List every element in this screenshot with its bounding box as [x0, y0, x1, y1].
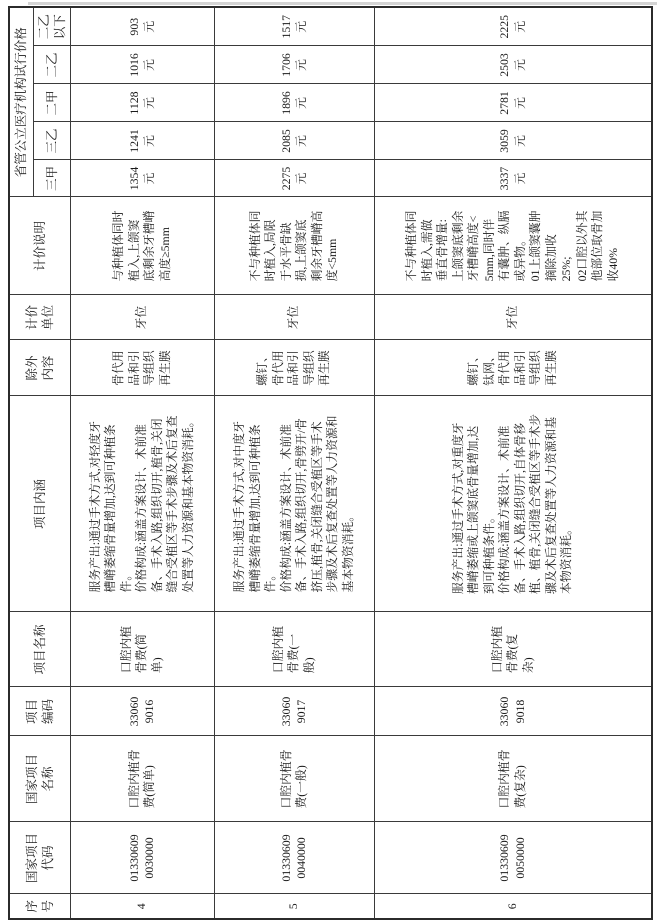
pricing-unit-value: 牙位	[134, 306, 150, 330]
cell-price-3a: 3337 元	[374, 160, 652, 197]
cell-national-code: 01330609 0040000	[214, 822, 374, 894]
pricing-unit-value: 牙位	[286, 306, 302, 330]
national-name-value: 口腔内植骨 费(简单)	[127, 750, 158, 809]
cell-price-3a: 2275 元	[214, 160, 374, 197]
cell-seq: 5	[214, 894, 374, 919]
price-value: 1706 元	[279, 53, 310, 77]
item-name-value: 口腔内植 骨费(简 单)	[119, 626, 166, 673]
exclusions-value: 螺钉、 骨代用 品和引 导组织 再生膜	[255, 350, 333, 385]
seq-value: 6	[505, 903, 521, 909]
table-row: 5 01330609 0040000 口腔内植骨 费(一般) 33060 901…	[214, 7, 374, 919]
cell-price-2a: 1896 元	[214, 84, 374, 122]
header-tier-below-2b: 二乙 以下	[33, 7, 70, 46]
cell-price-below-2b: 2225 元	[374, 7, 652, 46]
header-national-name: 国家项目 名称	[9, 736, 70, 822]
header-tier-3b: 三乙	[33, 122, 70, 160]
price-value: 3337 元	[497, 167, 528, 191]
price-value: 1128 元	[127, 91, 158, 114]
cell-item-code: 33060 9017	[214, 687, 374, 736]
cell-seq: 6	[374, 894, 652, 919]
header-tier-3a: 三甲	[33, 160, 70, 197]
cell-item-code: 33060 9016	[70, 687, 214, 736]
header-pricing-unit: 计价 单位	[9, 295, 70, 340]
cell-pricing-unit: 牙位	[70, 295, 214, 340]
price-table: 序 号 国家项目 代码 国家项目 名称 项目 编码 项目名称 项目内涵 除外 内…	[8, 6, 653, 920]
table-row: 4 01330609 0030000 口腔内植骨 费(简单) 33060 901…	[70, 7, 214, 919]
cell-item-name: 口腔内植 骨费(复 杂)	[374, 612, 652, 687]
cell-price-2b: 2503 元	[374, 46, 652, 84]
national-code-value: 01330609 0050000	[497, 834, 528, 881]
cell-national-code: 01330609 0030000	[70, 822, 214, 894]
cell-item-content: 服务产出:通过手术方式,对中度牙 槽嵴萎缩骨量增加,达到可种植条 件。 价格构成…	[214, 396, 374, 612]
cell-national-name: 口腔内植骨 费(一般)	[214, 736, 374, 822]
cell-exclusions: 螺钉、 钛网、 骨代用 品和引 导组织 再生膜	[374, 340, 652, 396]
cell-exclusions: 骨代用 品和引 导组织 再生膜	[70, 340, 214, 396]
national-code-value: 01330609 0040000	[279, 834, 310, 881]
pricing-note-value: 不与种植体同 时植入,局限 于水平骨缺 损,上颌窦底 剩余牙槽嵴高 度<5mm	[248, 211, 341, 282]
cell-price-2b: 1706 元	[214, 46, 374, 84]
national-name-value: 口腔内植骨 费(一般)	[279, 750, 310, 809]
cell-pricing-note: 不与种植体同 时植入,局限 于水平骨缺 损,上颌窦底 剩余牙槽嵴高 度<5mm	[214, 197, 374, 295]
price-value: 1241 元	[127, 129, 158, 153]
price-value: 1896 元	[279, 91, 310, 115]
item-code-value: 33060 9018	[497, 697, 528, 727]
cell-price-3b: 1241 元	[70, 122, 214, 160]
price-value: 1016 元	[127, 53, 158, 77]
cell-price-3b: 2085 元	[214, 122, 374, 160]
cell-pricing-unit: 牙位	[374, 295, 652, 340]
pricing-unit-value: 牙位	[505, 306, 521, 330]
cell-price-2a: 2781 元	[374, 84, 652, 122]
cell-price-3a: 1354 元	[70, 160, 214, 197]
header-item-code: 项目 编码	[9, 687, 70, 736]
header-item-name: 项目名称	[9, 612, 70, 687]
rotated-table-container: 序 号 国家项目 代码 国家项目 名称 项目 编码 项目名称 项目内涵 除外 内…	[0, 0, 657, 924]
item-content-value: 服务产出:通过手术方式,对中度牙 槽嵴萎缩骨量增加,达到可种植条 件。 价格构成…	[232, 416, 356, 593]
cell-national-name: 口腔内植骨 费(简单)	[70, 736, 214, 822]
cell-item-name: 口腔内植 骨费(一 般)	[214, 612, 374, 687]
cell-price-3b: 3059 元	[374, 122, 652, 160]
price-value: 3059 元	[497, 129, 528, 153]
price-value: 903 元	[127, 18, 158, 36]
cell-price-below-2b: 1517 元	[214, 7, 374, 46]
exclusions-value: 螺钉、 钛网、 骨代用 品和引 导组织 再生膜	[466, 350, 559, 385]
pricing-note-value: 不与种植体同 时植入,需做 垂直骨增量: 上颌窦底剩余 牙槽嵴高度< 5mm,同…	[404, 211, 621, 282]
item-code-value: 33060 9016	[127, 697, 158, 727]
cell-national-code: 01330609 0050000	[374, 822, 652, 894]
cell-pricing-note: 不与种植体同 时植入,需做 垂直骨增量: 上颌窦底剩余 牙槽嵴高度< 5mm,同…	[374, 197, 652, 295]
pricing-note-value: 与种植体同时 植入,上颌窦 底剩余牙槽嵴 高度≥5mm	[111, 211, 173, 282]
seq-value: 5	[286, 903, 302, 909]
header-price-group: 省管公立医疗机构试行价格	[9, 7, 33, 197]
header-pricing-note: 计价说明	[9, 197, 70, 295]
header-tier-2a: 二甲	[33, 84, 70, 122]
header-seq: 序 号	[9, 894, 70, 919]
price-value: 2085 元	[279, 129, 310, 153]
item-content-value: 服务产出:通过手术方式,对轻度牙 槽嵴萎缩骨量增加,达到可种植条 件。 价格构成…	[88, 416, 197, 593]
cell-pricing-unit: 牙位	[214, 295, 374, 340]
item-name-value: 口腔内植 骨费(一 般)	[271, 626, 318, 673]
seq-value: 4	[134, 903, 150, 909]
item-code-value: 33060 9017	[279, 697, 310, 727]
price-value: 2503 元	[497, 53, 528, 77]
national-code-value: 01330609 0030000	[127, 834, 158, 881]
price-value: 1354 元	[127, 167, 158, 191]
item-content-value: 服务产出:通过手术方式,对重度牙 槽嵴萎缩或上颌窦底骨量增加,达 到可种植条件。…	[451, 414, 575, 594]
document-page: 序 号 国家项目 代码 国家项目 名称 项目 编码 项目名称 项目内涵 除外 内…	[0, 0, 657, 924]
cell-pricing-note: 与种植体同时 植入,上颌窦 底剩余牙槽嵴 高度≥5mm	[70, 197, 214, 295]
price-value: 2275 元	[279, 167, 310, 191]
cell-seq: 4	[70, 894, 214, 919]
cell-item-content: 服务产出:通过手术方式,对轻度牙 槽嵴萎缩骨量增加,达到可种植条 件。 价格构成…	[70, 396, 214, 612]
exclusions-value: 骨代用 品和引 导组织 再生膜	[111, 350, 173, 385]
header-row-top: 序 号 国家项目 代码 国家项目 名称 项目 编码 项目名称 项目内涵 除外 内…	[9, 7, 33, 919]
header-item-content: 项目内涵	[9, 396, 70, 612]
price-value: 2225 元	[497, 15, 528, 39]
item-name-value: 口腔内植 骨费(复 杂)	[490, 626, 537, 673]
cell-item-name: 口腔内植 骨费(简 单)	[70, 612, 214, 687]
cell-item-code: 33060 9018	[374, 687, 652, 736]
national-name-value: 口腔内植骨 费(复杂)	[497, 750, 528, 809]
cell-price-2a: 1128 元	[70, 84, 214, 122]
header-tier-2b: 二乙	[33, 46, 70, 84]
price-value: 2781 元	[497, 91, 528, 115]
cell-item-content: 服务产出:通过手术方式,对重度牙 槽嵴萎缩或上颌窦底骨量增加,达 到可种植条件。…	[374, 396, 652, 612]
cell-exclusions: 螺钉、 骨代用 品和引 导组织 再生膜	[214, 340, 374, 396]
cell-national-name: 口腔内植骨 费(复杂)	[374, 736, 652, 822]
header-national-code: 国家项目 代码	[9, 822, 70, 894]
header-exclusions: 除外 内容	[9, 340, 70, 396]
cell-price-2b: 1016 元	[70, 46, 214, 84]
cell-price-below-2b: 903 元	[70, 7, 214, 46]
table-row: 6 01330609 0050000 口腔内植骨 费(复杂) 33060 901…	[374, 7, 652, 919]
price-value: 1517 元	[279, 15, 310, 39]
